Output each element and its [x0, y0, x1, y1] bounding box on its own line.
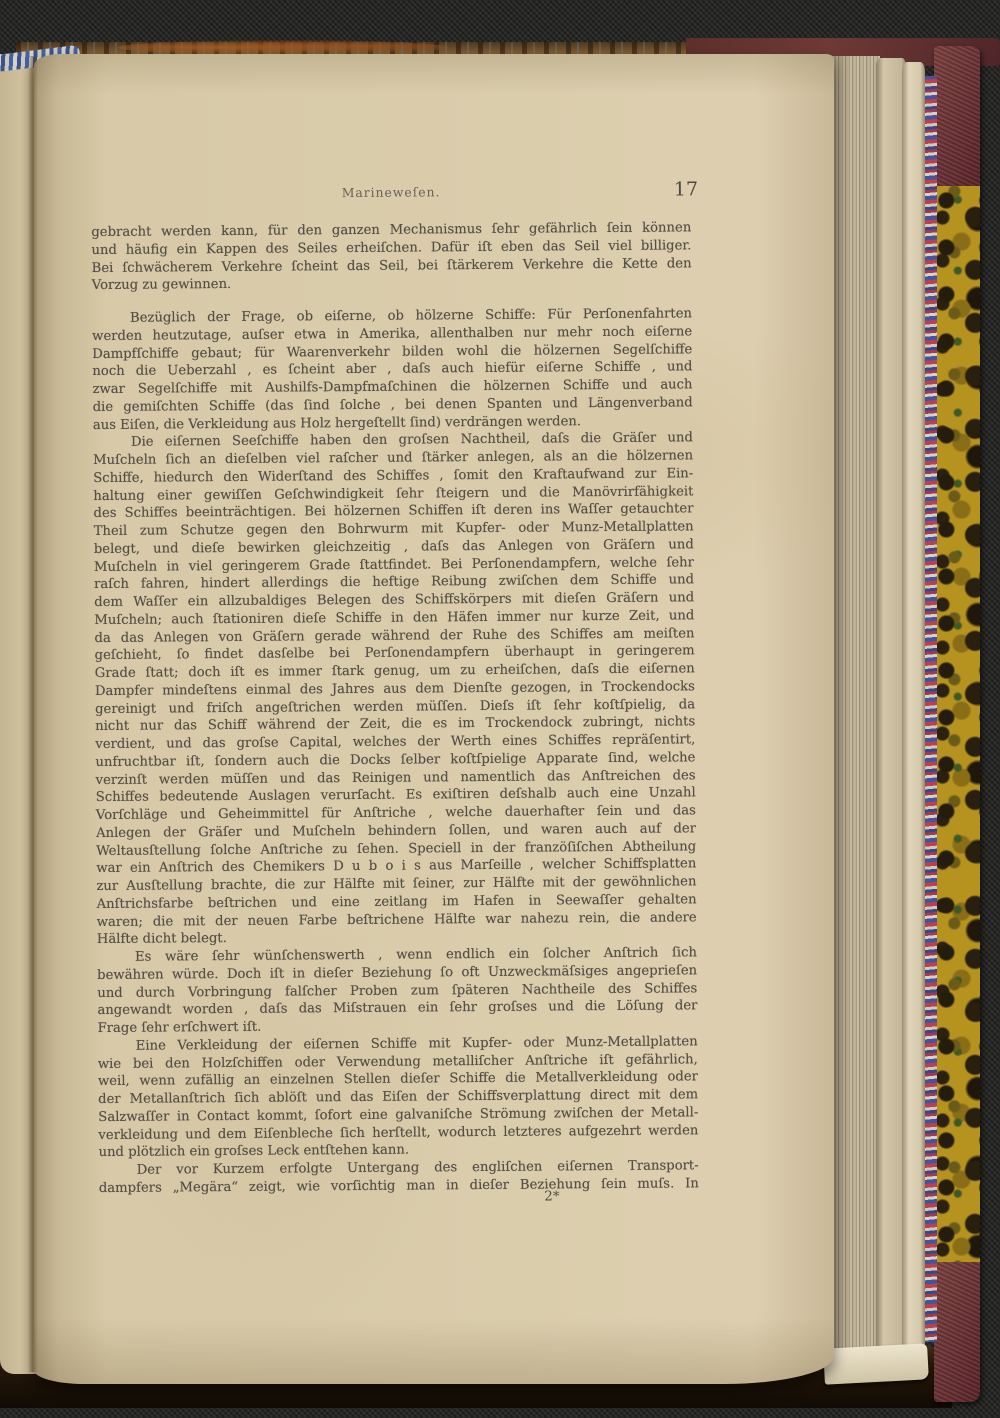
- paragraph: gebracht werden kann, für den ganzen Mec…: [91, 219, 692, 295]
- body-text: gebracht werden kann, für den ganzen Mec…: [91, 219, 699, 1197]
- printed-area: Marineweſen. 17 gebracht werden kann, fü…: [0, 0, 1000, 1418]
- text-line: Vorzug zu gewinnen.: [92, 273, 692, 295]
- paragraph: Die eiſernen Seeſchiffe haben den groſse…: [93, 430, 697, 949]
- page-number: 17: [644, 178, 698, 200]
- scanned-book-photo: { "page": { "header": { "title": "Marine…: [0, 0, 1000, 1418]
- text-line: dampfers „Megära“ zeigt, wie vorſichtig …: [99, 1175, 699, 1197]
- running-header: Marineweſen.: [91, 182, 691, 202]
- paragraph: Eine Verkleidung der eiſernen Schiffe mi…: [98, 1033, 699, 1162]
- signature-mark: 2*: [530, 1188, 574, 1204]
- paragraph: Bezüglich der Frage, ob eiſerne, ob hölz…: [92, 305, 693, 434]
- paragraph: Es wäre ſehr wünſchenswerth , wenn endli…: [97, 944, 698, 1037]
- paragraph: Der vor Kurzem erfolgte Untergang des en…: [99, 1157, 699, 1197]
